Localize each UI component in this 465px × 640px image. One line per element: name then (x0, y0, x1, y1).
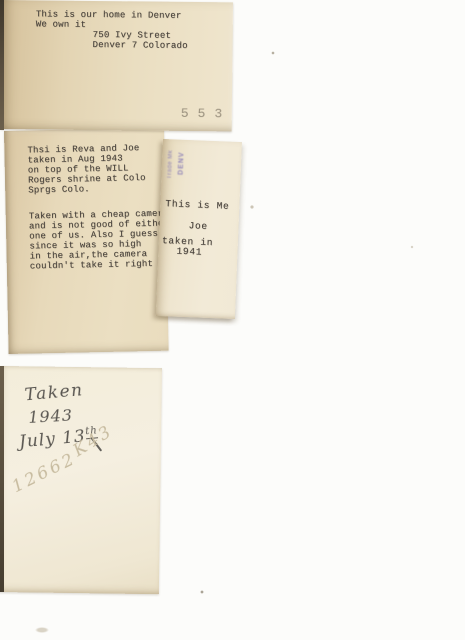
typed-line: This is Me (165, 199, 229, 212)
stamp-text-line: DENV (178, 151, 186, 175)
handwritten-word: Taken (24, 380, 85, 405)
typed-line: Sprgs Colo. (28, 183, 165, 196)
typed-line: 1941 (176, 247, 202, 258)
photo-back-joe-slip: Trade Mk DENV This is Me Joe taken in 19… (156, 139, 242, 319)
scanned-sheet: This is our home in Denver We own it 750… (0, 0, 465, 640)
stamp-text-line: Trade Mk (167, 150, 174, 179)
handwritten-year: 1943 (28, 405, 74, 426)
typed-line-address: Denver 7 Colorado (92, 40, 232, 51)
photo-paper-purple-stamp: Trade Mk DENV (163, 139, 195, 192)
typed-line: Joe (188, 221, 208, 232)
scanner-edge-shadow-top (0, 0, 4, 130)
photo-back-reva-joe-note: Thsi is Reva and Joe taken in Aug 1943 o… (4, 128, 169, 354)
photo-back-handwritten-note: Taken 1943 July 13th 12662K43 (0, 366, 162, 594)
faint-number-main: 12662 (9, 449, 80, 497)
stamped-number: 553 (181, 106, 232, 122)
photo-back-home-note: This is our home in Denver We own it 750… (1, 0, 233, 131)
typed-line: couldn't take it right (30, 259, 167, 272)
scanner-edge-shadow-bottom (0, 366, 4, 592)
